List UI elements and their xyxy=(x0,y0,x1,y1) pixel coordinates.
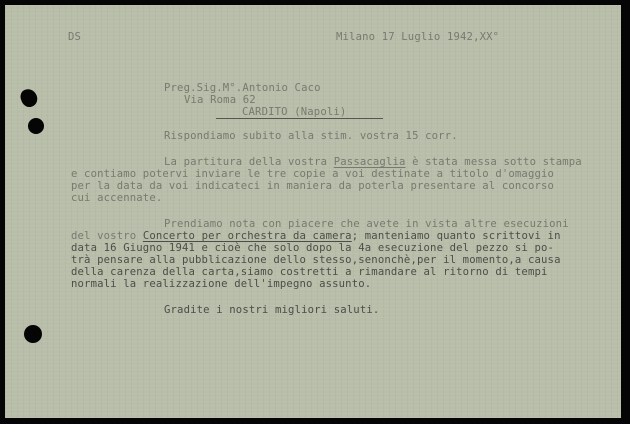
p2-line-4: trà pensare alla pubblicazione dello ste… xyxy=(71,254,561,266)
address-line-3: CARDITO (Napoli) xyxy=(242,106,346,118)
p2-line-1: Prendiamo nota con piacere che avete in … xyxy=(164,218,569,230)
work-title-concerto: Concerto per orchestra da camera xyxy=(143,230,352,242)
p2-line-5: della carenza della carta,siamo costrett… xyxy=(71,266,548,278)
p1-line-2: e contiamo potervi inviare le tre copie … xyxy=(71,168,554,180)
address-line-2: Via Roma 62 xyxy=(184,94,256,106)
closing-line: Gradite i nostri migliori saluti. xyxy=(164,304,379,316)
p2-text: ; manteniamo quanto scrittovi in xyxy=(352,230,561,242)
p1-line-3: per la data da voi indicateci in maniera… xyxy=(71,180,554,192)
p1-line-1: La partitura della vostra Passacaglia è … xyxy=(164,156,582,168)
place-date: Milano 17 Luglio 1942,XX° xyxy=(336,31,499,43)
p2-line-3: data 16 Giugno 1941 e cioè che solo dopo… xyxy=(71,242,554,254)
p2-line-2: del vostro Concerto per orchestra da cam… xyxy=(71,230,561,242)
work-title-passacaglia: Passacaglia xyxy=(334,156,406,168)
punch-hole-top-torn xyxy=(18,87,39,109)
p2-line-6: normali la realizzazione dell'impegno as… xyxy=(71,278,371,290)
p1-line-4: cui accennate. xyxy=(71,192,162,204)
address-line-1: Preg.Sig.M°.Antonio Caco xyxy=(164,82,321,94)
punch-hole-bottom xyxy=(24,325,42,343)
letter-page: DS Milano 17 Luglio 1942,XX° Preg.Sig.M°… xyxy=(5,5,621,418)
p2-text: del vostro xyxy=(71,230,143,242)
punch-hole-top xyxy=(28,118,44,134)
address-underline xyxy=(216,118,383,119)
opening-line: Rispondiamo subito alla stim. vostra 15 … xyxy=(164,130,458,142)
p1-text: La partitura della vostra xyxy=(164,156,334,168)
p1-text: è stata messa sotto stampa xyxy=(406,156,582,168)
reference-initials: DS xyxy=(68,31,81,43)
